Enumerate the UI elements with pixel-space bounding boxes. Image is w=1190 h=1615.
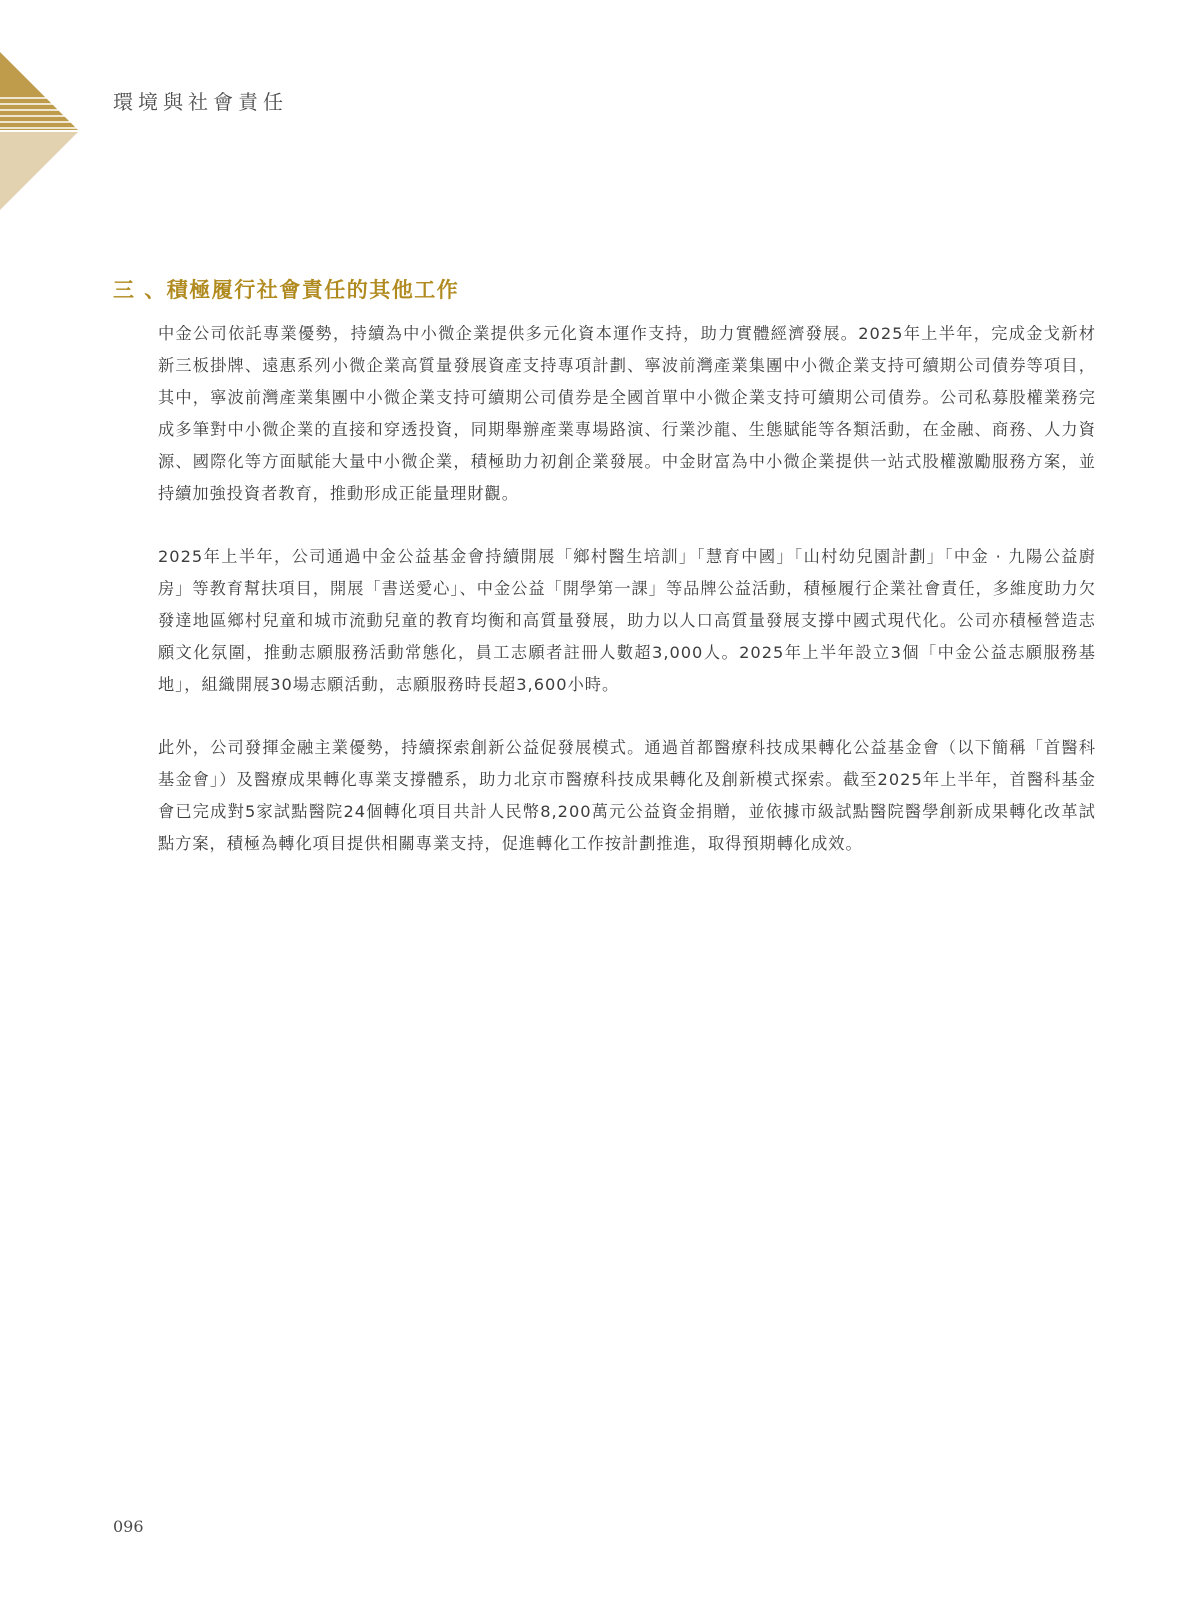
paragraph-sme-support: 中金公司依託專業優勢，持續為中小微企業提供多元化資本運作支持，助力實體經濟發展。… (158, 318, 1096, 510)
page-number: 096 (113, 1517, 144, 1536)
section-title: 三 、積極履行社會責任的其他工作 (113, 274, 459, 304)
paragraph-charity-education: 2025年上半年，公司通過中金公益基金會持續開展「鄉村醫生培訓」「慧育中國」「山… (158, 541, 1096, 701)
paragraph-medical-innovation: 此外，公司發揮金融主業優勢，持續探索創新公益促發展模式。通過首都醫療科技成果轉化… (158, 732, 1096, 860)
section-body: 中金公司依託專業優勢，持續為中小微企業提供多元化資本運作支持，助力實體經濟發展。… (158, 318, 1096, 891)
running-header-title: 環境與社會責任 (113, 86, 288, 115)
corner-triangle-decoration (0, 52, 80, 212)
